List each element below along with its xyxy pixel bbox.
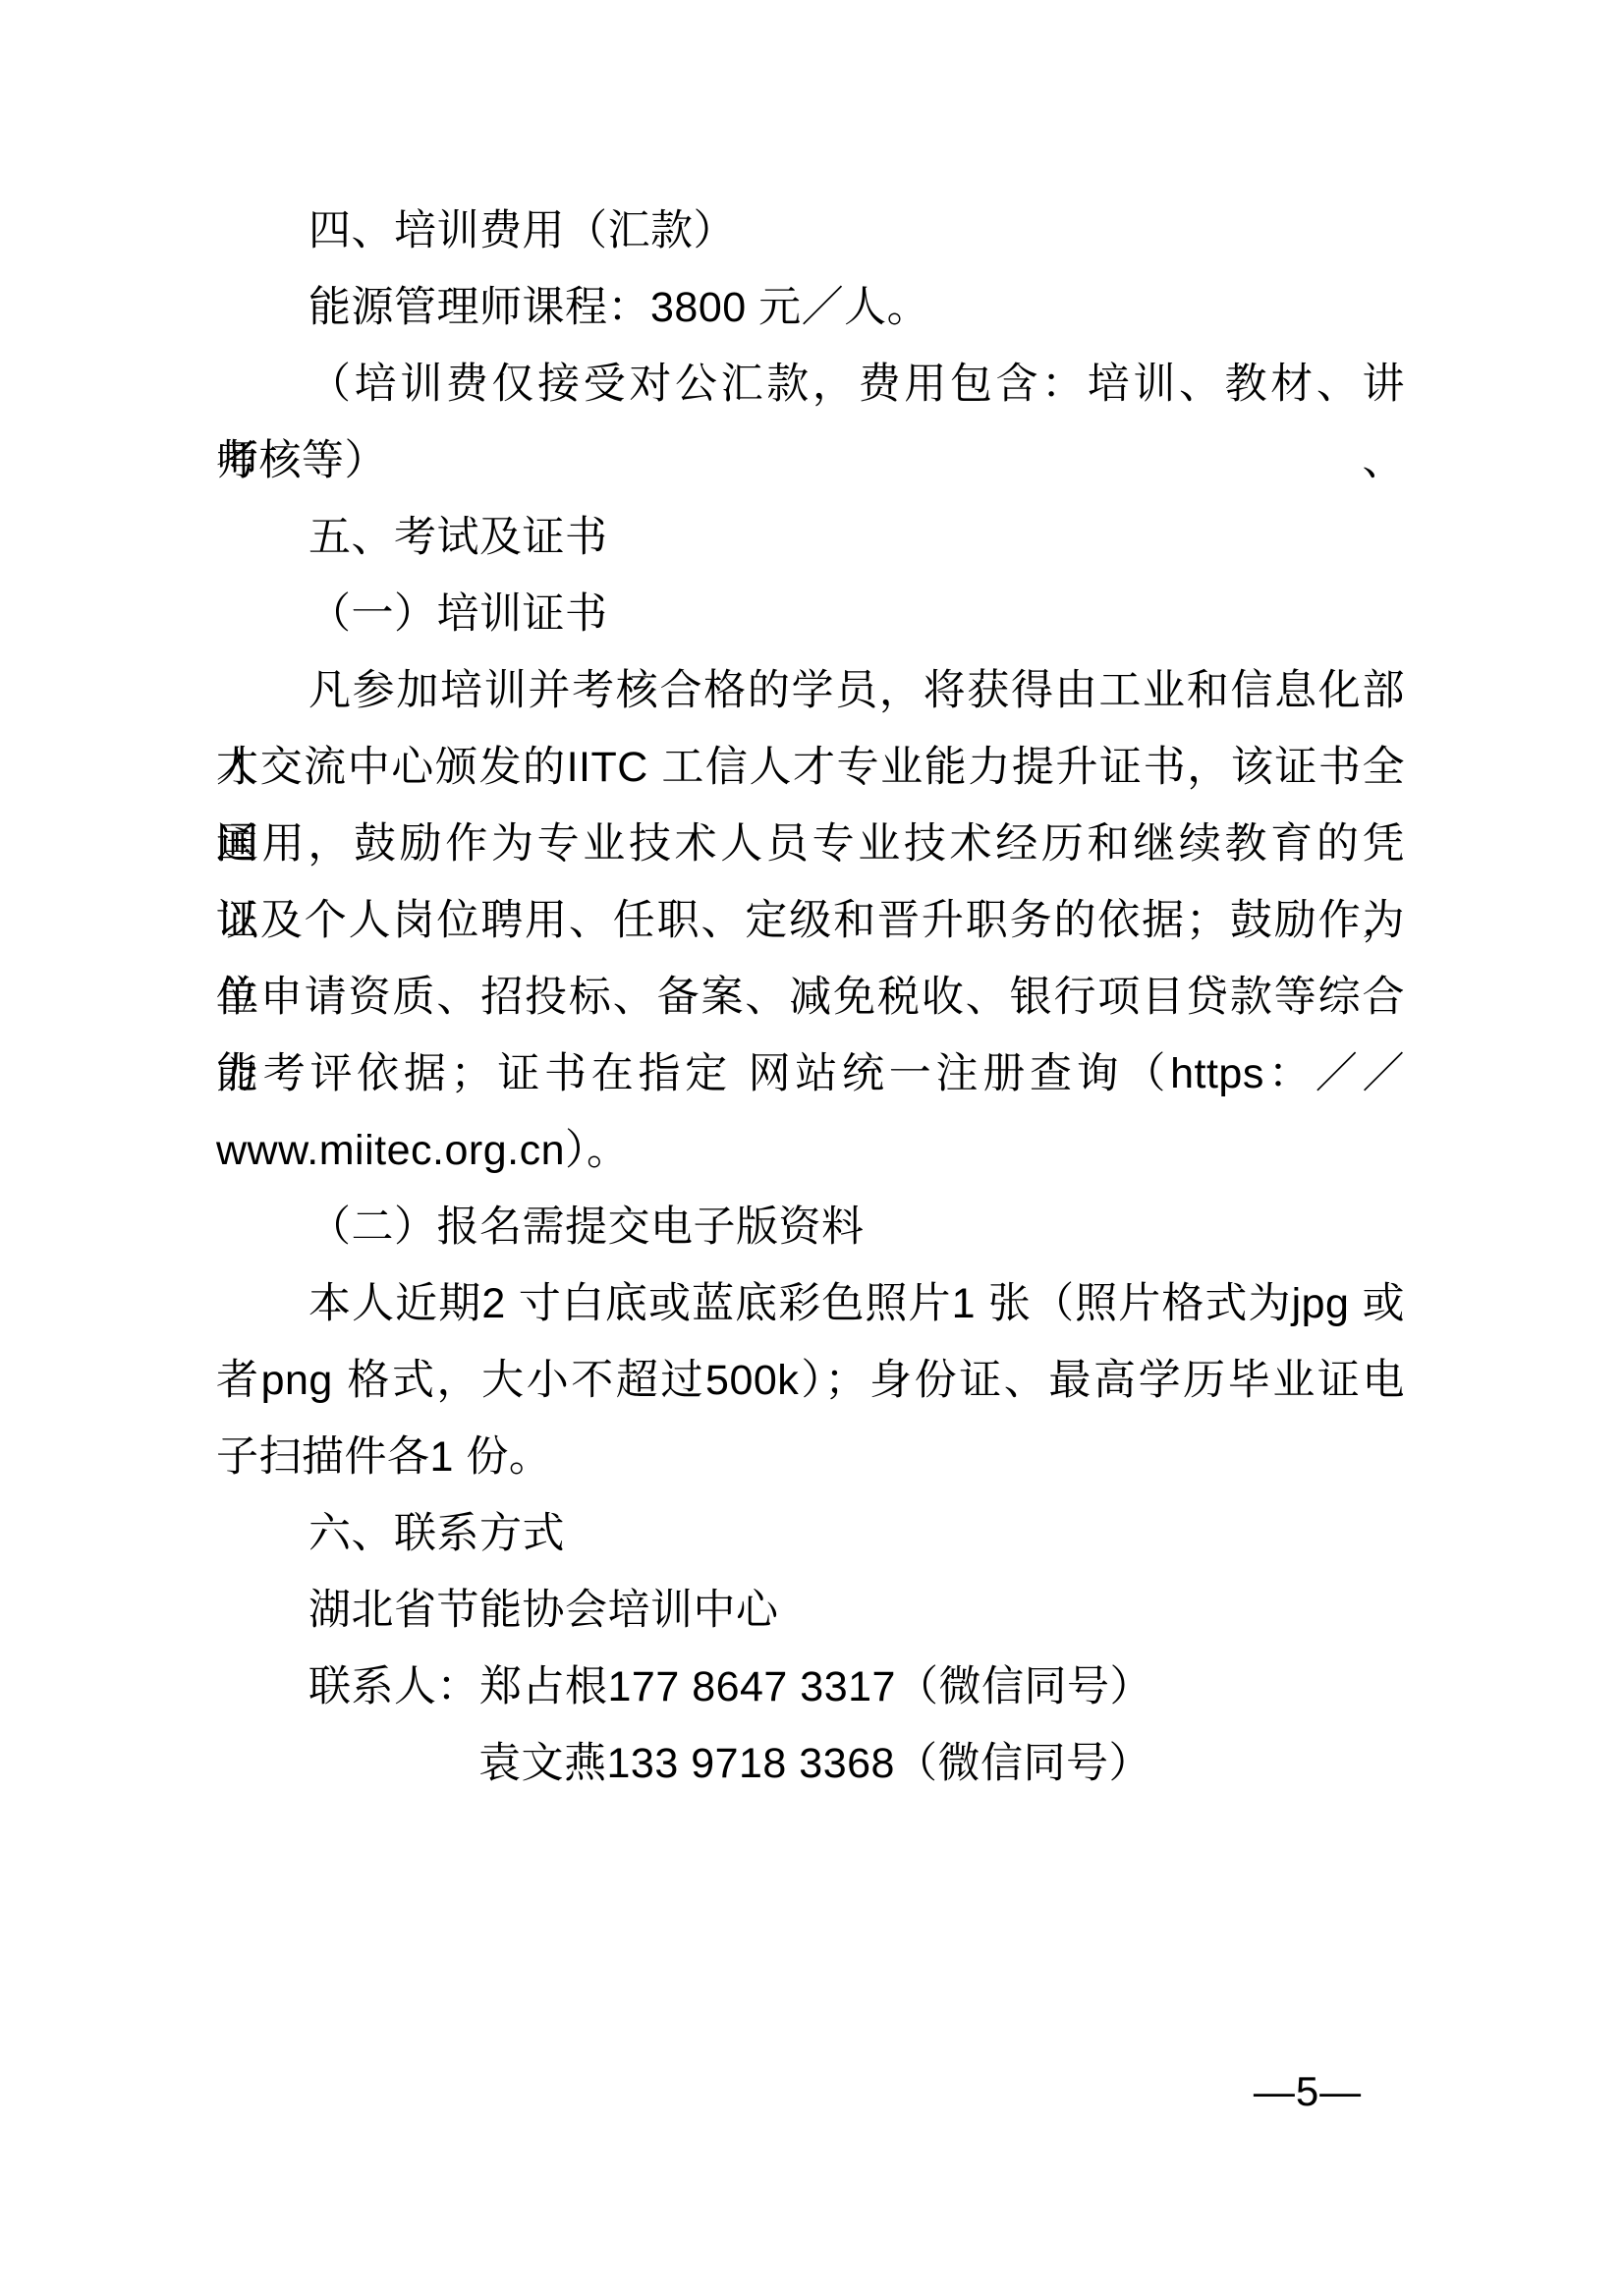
line-materials-para-2: 者png 格式，大小不超过500k）；身份证、最高学历毕业证电 — [216, 1342, 1405, 1419]
line-materials-para-3: 子扫描件各1 份。 — [216, 1419, 1405, 1495]
line-certificate-para-1: 凡参加培训并考核合格的学员，将获得由工业和信息化部人 — [216, 652, 1405, 729]
line-certificate-para-5: 位申请资质、招投标、备案、减免税收、银行项目贷款等综合能 — [216, 959, 1405, 1036]
line-certificate-para-2: 才交流中心颁发的IITC 工信人才专业能力提升证书，该证书全国 — [216, 729, 1405, 806]
line-certificate-url: www.miitec.org.cn）。 — [216, 1112, 1405, 1189]
line-contact-person-2: 袁文燕133 9718 3368（微信同号） — [216, 1725, 1405, 1802]
line-course-price: 能源管理师课程：3800 元／人。 — [216, 269, 1405, 346]
section-heading-exam-and-certificate: 五、考试及证书 — [216, 499, 1405, 576]
line-certificate-para-4: 以及个人岗位聘用、任职、定级和晋升职务的依据；鼓励作为单 — [216, 882, 1405, 959]
line-materials-para-1: 本人近期2 寸白底或蓝底彩色照片1 张（照片格式为jpg 或 — [216, 1265, 1405, 1342]
line-fee-note-1: （培训费仅接受对公汇款，费用包含：培训、教材、讲师、 — [216, 346, 1405, 422]
line-contact-person-1: 联系人：郑占根177 8647 3317（微信同号） — [216, 1649, 1405, 1725]
line-training-center-name: 湖北省节能协会培训中心 — [216, 1572, 1405, 1649]
document-page: 四、培训费用（汇款） 能源管理师课程：3800 元／人。 （培训费仅接受对公汇款… — [0, 0, 1624, 2296]
page-number: —5— — [1234, 2066, 1381, 2117]
section-heading-contact: 六、联系方式 — [216, 1495, 1405, 1572]
line-certificate-para-3: 通用，鼓励作为专业技术人员专业技术经历和继续教育的凭证， — [216, 806, 1405, 882]
section-heading-training-fee: 四、培训费用（汇款） — [216, 193, 1405, 269]
line-certificate-para-6: 力考评依据；证书在指定 网站统一注册查询（https：／／ — [216, 1036, 1405, 1112]
subsection-heading-training-certificate: （一）培训证书 — [216, 576, 1405, 652]
subsection-heading-application-materials: （二）报名需提交电子版资料 — [216, 1189, 1405, 1265]
document-content: 四、培训费用（汇款） 能源管理师课程：3800 元／人。 （培训费仅接受对公汇款… — [216, 193, 1405, 1802]
